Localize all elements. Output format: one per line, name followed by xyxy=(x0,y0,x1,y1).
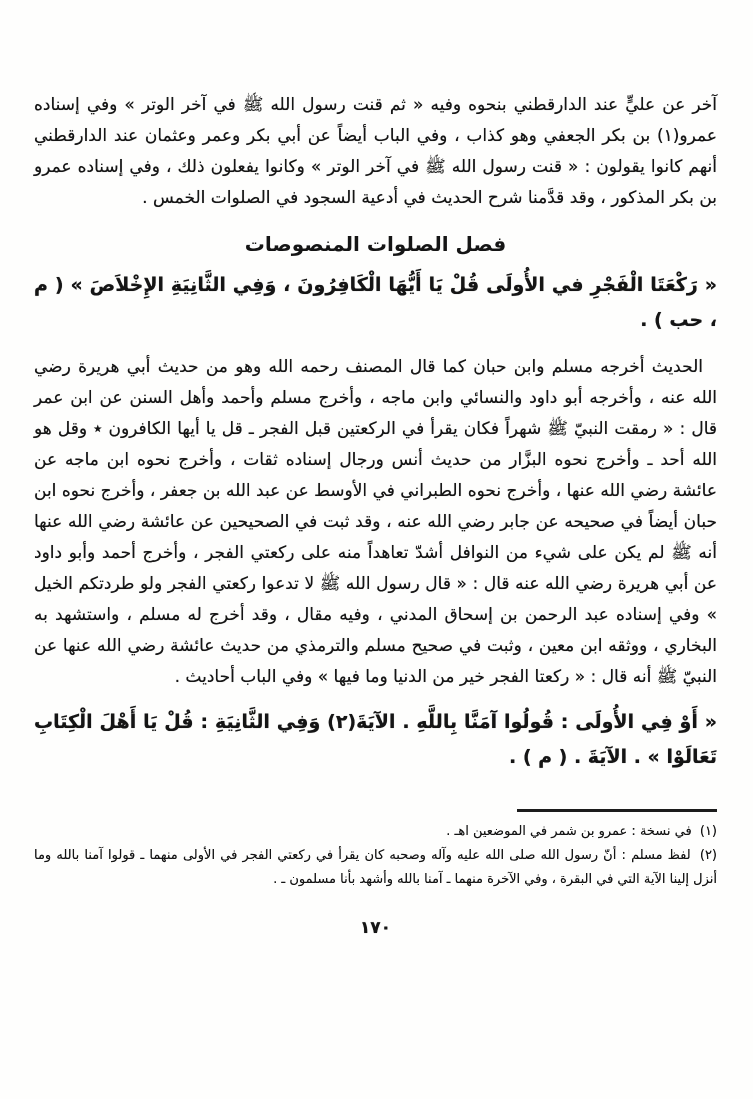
page-number: ١٧٠ xyxy=(34,918,717,938)
footnote-1-text: في نسخة : عمرو بن شمر في الموضعين اهـ . xyxy=(446,824,691,839)
footnote-area: (١) في نسخة : عمرو بن شمر في الموضعين اه… xyxy=(34,809,717,892)
book-page: آخر عن عليٍّ عند الدارقطني بنحوه وفيه « … xyxy=(0,0,753,1099)
paragraph-opening: آخر عن عليٍّ عند الدارقطني بنحوه وفيه « … xyxy=(34,90,717,214)
footnote-1: (١) في نسخة : عمرو بن شمر في الموضعين اه… xyxy=(34,820,717,844)
footnote-2: (٢) لفظ مسلم : أنّ رسول الله صلى الله عل… xyxy=(34,844,717,892)
paragraph-commentary: الحديث أخرجه مسلم وابن حبان كما قال المص… xyxy=(34,352,717,693)
footnote-2-marker: (٢) xyxy=(700,848,717,863)
footnote-1-marker: (١) xyxy=(700,824,717,839)
hadith-quote-alternate-recitation: « أَوْ فِي الأُولَى : قُولُوا آمَنَّا بِ… xyxy=(34,705,717,775)
hadith-quote-fajr-rakatayn: « رَكْعَتَا الْفَجْرِ في الأُولَى قُلْ ي… xyxy=(34,268,717,338)
section-heading: فصل الصلوات المنصوصات xyxy=(34,232,717,256)
footnote-separator-rule xyxy=(517,809,717,812)
footnote-2-text: لفظ مسلم : أنّ رسول الله صلى الله عليه و… xyxy=(34,848,717,887)
